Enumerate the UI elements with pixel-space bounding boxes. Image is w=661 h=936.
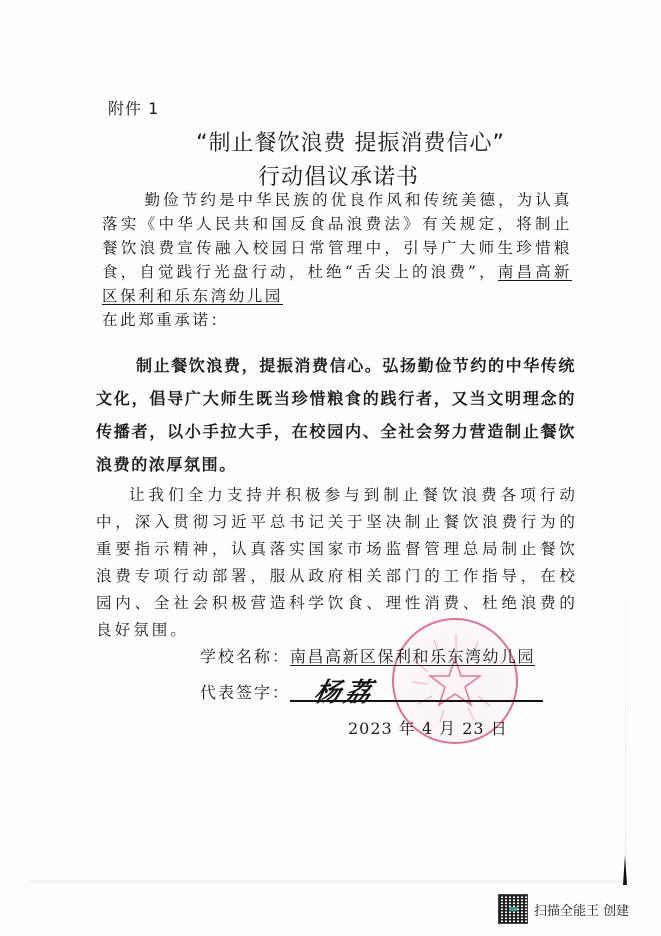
qr-code-icon xyxy=(498,894,528,924)
representative-row: 代表签字： xyxy=(200,680,290,703)
scanned-document-page: 附件 1 “制止餐饮浪费 提振消费信心” 行动倡议承诺书 勤俭节约是中华民族的优… xyxy=(0,0,661,936)
scanner-watermark: 扫描全能王 创建 xyxy=(498,894,629,924)
call-to-action-text: 让我们全力支持并积极参与到制止餐饮浪费各项行动中，深入贯彻习近平总书记关于坚决制… xyxy=(96,486,578,639)
document-title: “制止餐饮浪费 提振消费信心” xyxy=(20,126,661,157)
intro-paragraph: 勤俭节约是中华民族的优良作风和传统美德，为认真落实《中华人民共和国反食品浪费法》… xyxy=(102,188,572,332)
scanner-brand-text: 扫描全能王 创建 xyxy=(534,900,629,919)
pledge-text: 制止餐饮浪费，提振消费信心。弘扬勤俭节约的中华传统文化，倡导广大师生既当珍惜粮食… xyxy=(96,356,576,474)
document-date: 2023 年 4 月 23 日 xyxy=(348,716,508,739)
document-subtitle: 行动倡议承诺书 xyxy=(8,160,661,191)
school-name-value: 南昌高新区保利和乐东湾幼儿园 xyxy=(290,647,535,666)
intro-text-end: 在此郑重承诺： xyxy=(102,311,229,329)
representative-label: 代表签字： xyxy=(200,683,290,702)
attachment-label: 附件 1 xyxy=(108,96,159,119)
school-name-row: 学校名称：南昌高新区保利和乐东湾幼儿园 xyxy=(200,644,535,667)
scan-edge-line xyxy=(625,600,626,885)
handwritten-signature: 杨荔 xyxy=(311,672,379,709)
school-name-label: 学校名称： xyxy=(200,647,290,666)
scan-bottom-shade xyxy=(30,880,625,883)
pledge-paragraph: 制止餐饮浪费，提振消费信心。弘扬勤俭节约的中华传统文化，倡导广大师生既当珍惜粮食… xyxy=(96,349,576,481)
call-to-action-paragraph: 让我们全力支持并积极参与到制止餐饮浪费各项行动中，深入贯彻习近平总书记关于坚决制… xyxy=(96,482,578,644)
signature-line xyxy=(290,700,543,702)
